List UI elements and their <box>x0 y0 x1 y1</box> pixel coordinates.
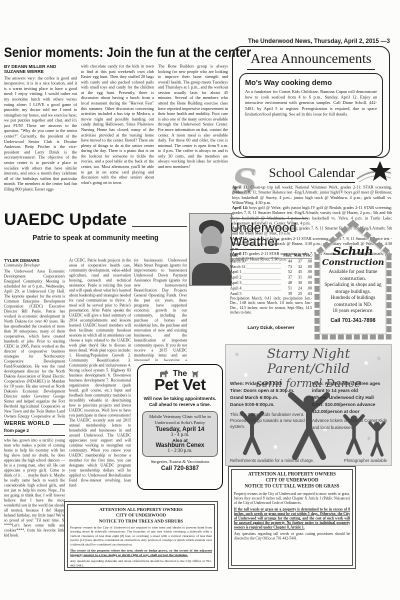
masthead: The Underwood News, Thursday, April 2, 2… <box>230 39 390 45</box>
notice-paragraph-emphasized: If the tall weeds or grass on a property… <box>234 507 350 530</box>
schuh-line: Specializing in shops and ag storage bui… <box>322 283 384 296</box>
schuh-line: Hundreds of buildings constructed in ND. <box>322 296 384 309</box>
star-icon <box>356 160 392 184</box>
petvet-phone: Call 720-8387 <box>142 466 218 472</box>
senior-column-1: BY DEANN MILLER AND SUZANNE WERRE The an… <box>4 64 77 207</box>
notice-paragraph: Any questions regarding tall weeds or gr… <box>234 532 350 541</box>
leader-dots <box>246 259 281 263</box>
schuh-line: Available for post frame construction. <box>322 270 384 283</box>
senior-column-2-text: with chocolate candy for the kids in tow… <box>81 64 154 186</box>
schuh-construction-ad: Schuh Construction Available for post fr… <box>314 220 392 340</box>
senior-column-3-text: The Bone Builders group is always lookin… <box>158 64 228 170</box>
weather-cell: .03 <box>302 292 312 296</box>
petvet-services: Surgeries, Exams & Vaccinations <box>142 459 218 465</box>
calendar-entry-text: Clean-up trip (all week); National Volun… <box>232 185 392 205</box>
weather-header-cell: Max. <box>282 253 292 258</box>
mos-way-title: Mo's Way cooking demo <box>245 78 377 87</box>
leader-dots <box>246 265 281 269</box>
petvet-time2: 1 - 2:30 p.m. <box>145 449 215 454</box>
petvet-subtext: Will now be taking appointments. Call ah… <box>142 396 218 408</box>
weather-rule <box>230 218 308 219</box>
schuh-name-2: Construction <box>322 258 384 268</box>
leader-dots <box>242 270 281 274</box>
starry-grand-march: Grand March 6:00p.m. <box>230 395 306 402</box>
newspaper-page: The Underwood News, Thursday, April 2, 2… <box>0 0 400 600</box>
weather-observer: Larry Dziuk, observer <box>230 325 312 330</box>
photo-shoulders <box>192 263 231 285</box>
weather-cell: April 5 <box>230 292 241 296</box>
petvet-name: Pet Vet <box>142 378 218 394</box>
notice-paragraph-emphasized: The owner of the property where the tree… <box>70 549 212 557</box>
uaedc-subhead: Patrie to speak at community meeting <box>4 235 187 242</box>
weather-cell: 39 <box>282 292 292 296</box>
calendar-date: April 14: <box>232 206 248 211</box>
weather-header-cell: Min. <box>292 253 302 258</box>
starry-tickets-note: Advance tickets on sale at Comet Kids an… <box>312 418 389 430</box>
calendar-entry: April 13: Clean-up trip (all week); Nati… <box>232 185 392 206</box>
starry-who: Who: Adults with children ages infant to… <box>312 381 389 395</box>
weather-notes: Precipitation March, 0.41 inch; precipit… <box>230 296 312 315</box>
sparkle-icon: ✶ <box>376 355 382 363</box>
starry-title-line1: Starry Night Parent/Child <box>226 347 391 377</box>
werre-divider <box>4 435 65 436</box>
uaedc-byline-title: Community Developer <box>4 263 65 268</box>
uaedc-column-3-text: for businesses) Underwood Main Street Pr… <box>134 258 187 361</box>
weather-title-line1: Underwood <box>230 221 312 235</box>
starry-dance-time: Dance 8:00-9:00p.m. <box>230 402 306 409</box>
starry-refreshments-note: Refreshments available for a minimal cha… <box>230 458 314 463</box>
leader-dots <box>242 286 281 290</box>
weather-section: Underwood Weather DateMax.Min.Prec. Marc… <box>230 218 312 330</box>
werre-world-section: WERRE WORLD from page 2 who has grown in… <box>4 421 65 565</box>
werre-rule <box>53 424 65 425</box>
senior-article-headline: Senior moments: Join the fun at the cent… <box>4 45 220 60</box>
senior-column-3: The Bone Builders group is always lookin… <box>158 64 228 207</box>
calendar-date: April 13: <box>232 185 249 190</box>
starry-photographer-note: Photographer available <box>344 458 387 463</box>
notice-title-line3: NOTICE TO CUT TALL WEEDS OR GRASS <box>234 484 350 490</box>
pet-vet-ad: The Pet Vet Will now be taking appointme… <box>137 364 223 490</box>
starry-where: Where: Underwood City Hall <box>312 395 389 402</box>
notice-title-line3: NOTICE TO TRIM TREES AND SHRUBS <box>70 518 212 524</box>
starry-cost: Cost: $10.00/person advance $12.00/perso… <box>312 402 389 416</box>
senior-column-2: with chocolate candy for the kids in tow… <box>81 64 154 207</box>
petvet-schedule-box: Mobile Veterinary Clinic will be in Unde… <box>142 411 218 456</box>
area-announcements-box: Area Announcements Mo's Way cooking demo… <box>232 46 390 158</box>
notice-paragraph: Any questions regarding sidewalk and str… <box>70 560 212 568</box>
starry-when: When: Friday, April 24th <box>230 381 306 388</box>
uaedc-column-2: At CEDC, Patrie leads projects in the ar… <box>69 258 131 508</box>
leader-dots <box>242 281 281 285</box>
petvet-clinic-text: Mobile Veterinary Clinic will be in Unde… <box>145 414 215 425</box>
uaedc-header: UAEDC Update Patrie to speak at communit… <box>4 210 187 242</box>
werre-world-title: WERRE WORLD <box>4 421 50 427</box>
mos-way-body: As a fundraiser for Comet Kids Childcare… <box>245 89 377 117</box>
leader-dots <box>239 253 281 257</box>
weather-row: April 53925.03 <box>230 292 312 296</box>
senior-column-1-text: The answers vary: the coffee is good and… <box>4 76 77 192</box>
starry-night-dance-ad: ✶ ✶ ✶ ✶ ✶ Starry Night Parent/Child semi… <box>225 344 392 466</box>
mos-way-box: Mo's Way cooking demo As a fundraiser fo… <box>239 73 383 157</box>
weather-header-cell: Date <box>230 253 238 258</box>
headline-rule <box>132 226 187 227</box>
uaedc-headline: UAEDC Update <box>4 210 127 230</box>
schuh-phone: Call 701-341-7898 <box>322 318 384 324</box>
uaedc-column-1-text: The Underwood Area Economic Development … <box>4 269 65 420</box>
starry-left-details: When: Friday, April 24th Time: Doors ope… <box>230 381 306 430</box>
werre-body-text: who has grown into a terrific young man … <box>4 438 65 538</box>
uaedc-column-1: TYLER DEMARS Community Developer The Und… <box>4 258 65 420</box>
schuh-name: Schuh <box>322 244 384 258</box>
uaedc-column-2-text: At CEDC, Patrie leads projects in the ar… <box>69 258 131 488</box>
school-calendar-title: School Calendar <box>269 165 355 183</box>
starry-right-details: Who: Adults with children ages infant to… <box>312 381 389 431</box>
patrie-portrait-photo <box>189 213 232 286</box>
notice-paragraph: Property owners in the City of Underwood… <box>234 492 350 506</box>
leader-dots <box>242 275 281 279</box>
weather-header-cell: Prec. <box>302 253 312 258</box>
cut-weeds-notice: ATTENTION ALL PROPERTY OWNERS CITY OF UN… <box>228 466 356 569</box>
schuh-line: 18 years experience. <box>322 309 384 316</box>
notice-paragraph: Property owners in the City of Underwood… <box>70 526 212 547</box>
leader-dots <box>242 292 281 296</box>
starry-fundraiser-note: This is a Comet Kids fundraiser event. P… <box>230 412 306 430</box>
weather-cell: 25 <box>292 292 302 296</box>
area-announcements-title: Area Announcements <box>247 52 376 70</box>
photo-beard <box>204 246 219 254</box>
werre-from-page: from page 2 <box>4 428 65 433</box>
weather-title-line2: Weather <box>230 235 279 251</box>
senior-byline: BY DEANN MILLER AND SUZANNE WERRE <box>4 64 77 74</box>
starry-time: Time: Doors open at 5:30p.m. <box>230 388 306 395</box>
sparkle-icon: ✶ <box>234 351 240 359</box>
uaedc-column-3: for businesses) Underwood Main Street Pr… <box>134 258 187 361</box>
trim-trees-notice: ATTENTION ALL PROPERTY OWNERS CITY OF UN… <box>64 501 218 571</box>
weather-table: DateMax.Min.Prec. March 304437.00 March … <box>230 253 312 295</box>
